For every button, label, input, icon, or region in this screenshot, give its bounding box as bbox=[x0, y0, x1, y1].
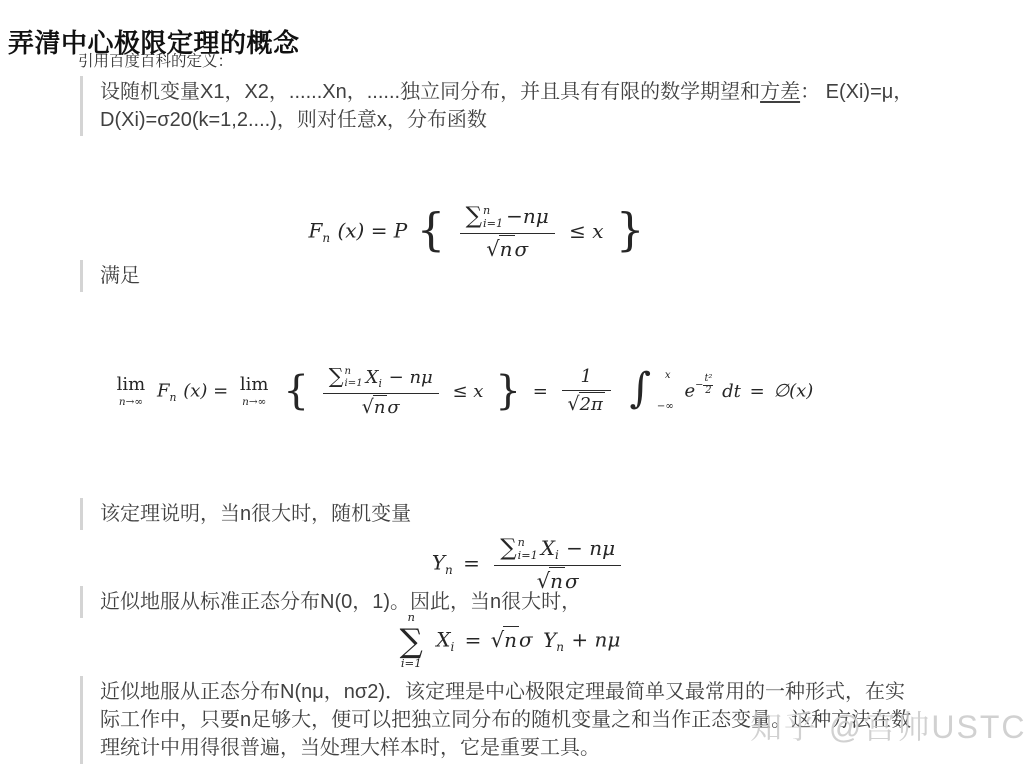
definition-quote-line1: 设随机变量X1，X2，......Xn，......独立同分布，并且具有有限的数… bbox=[100, 78, 913, 106]
sum-limits: ni=1 bbox=[345, 366, 363, 389]
fraction: 1 √2π bbox=[562, 364, 611, 419]
formula-limit: limn→∞ Fn (x) = limn→∞ { ∑ni=1Xi − nμ √n… bbox=[117, 362, 814, 421]
article-page: 弄清中心极限定理的概念 引用百度百科的定义： 设随机变量X1，X2，......… bbox=[0, 0, 1024, 768]
lim-operator: limn→∞ bbox=[240, 376, 269, 407]
zhihu-watermark: 知乎 @宫帅USTC bbox=[750, 702, 1024, 748]
phi-of-x: ∅(x) bbox=[773, 381, 813, 402]
variance-link[interactable]: 方差 bbox=[760, 81, 800, 103]
definition-quote-line2: D(Xi)=σ20(k=1,2....)，则对任意x，分布函数 bbox=[100, 106, 913, 134]
formula-fn-definition: Fn (x) = P { ∑ni=1−nμ √nσ ≤ x } bbox=[308, 200, 647, 264]
satisfies-quote: 满足 bbox=[80, 260, 140, 292]
integral-symbol: ∫ bbox=[630, 372, 652, 405]
sum-symbol: ∑ bbox=[329, 364, 344, 388]
sum-limits: ni=1 bbox=[518, 537, 538, 563]
radical-symbol: √ bbox=[486, 237, 499, 261]
sum-symbol: ∑ bbox=[466, 203, 482, 229]
lim-operator: limn→∞ bbox=[117, 376, 146, 407]
integral-limits: x−∞ bbox=[657, 371, 674, 411]
definition-quote: 设随机变量X1，X2，......Xn，......独立同分布，并且具有有限的数… bbox=[80, 76, 913, 136]
fraction: ∑ni=1Xi − nμ √nσ bbox=[323, 362, 439, 421]
formula-sum-xi: n∑i=1 Xi = √nσ Yn + nμ bbox=[400, 612, 621, 670]
radical-symbol: √ bbox=[568, 393, 580, 415]
fraction: ∑ni=1−nμ √nσ bbox=[460, 200, 555, 264]
theorem-explains-quote: 该定理说明，当n很大时，随机变量 bbox=[80, 498, 411, 530]
big-sum-symbol: n∑i=1 bbox=[400, 612, 423, 670]
exponent: −t²2 bbox=[695, 374, 713, 396]
formula-block-fn-definition: Fn (x) = P { ∑ni=1−nμ √nσ ≤ x } bbox=[0, 200, 1024, 264]
sum-limits: ni=1 bbox=[483, 205, 503, 231]
intro-text: 引用百度百科的定义： bbox=[78, 49, 233, 71]
formula-block-limit: limn→∞ Fn (x) = limn→∞ { ∑ni=1Xi − nμ √n… bbox=[0, 362, 1024, 421]
formula-block-sum-xi: n∑i=1 Xi = √nσ Yn + nμ bbox=[0, 612, 1024, 670]
sum-symbol: ∑ bbox=[500, 535, 516, 561]
